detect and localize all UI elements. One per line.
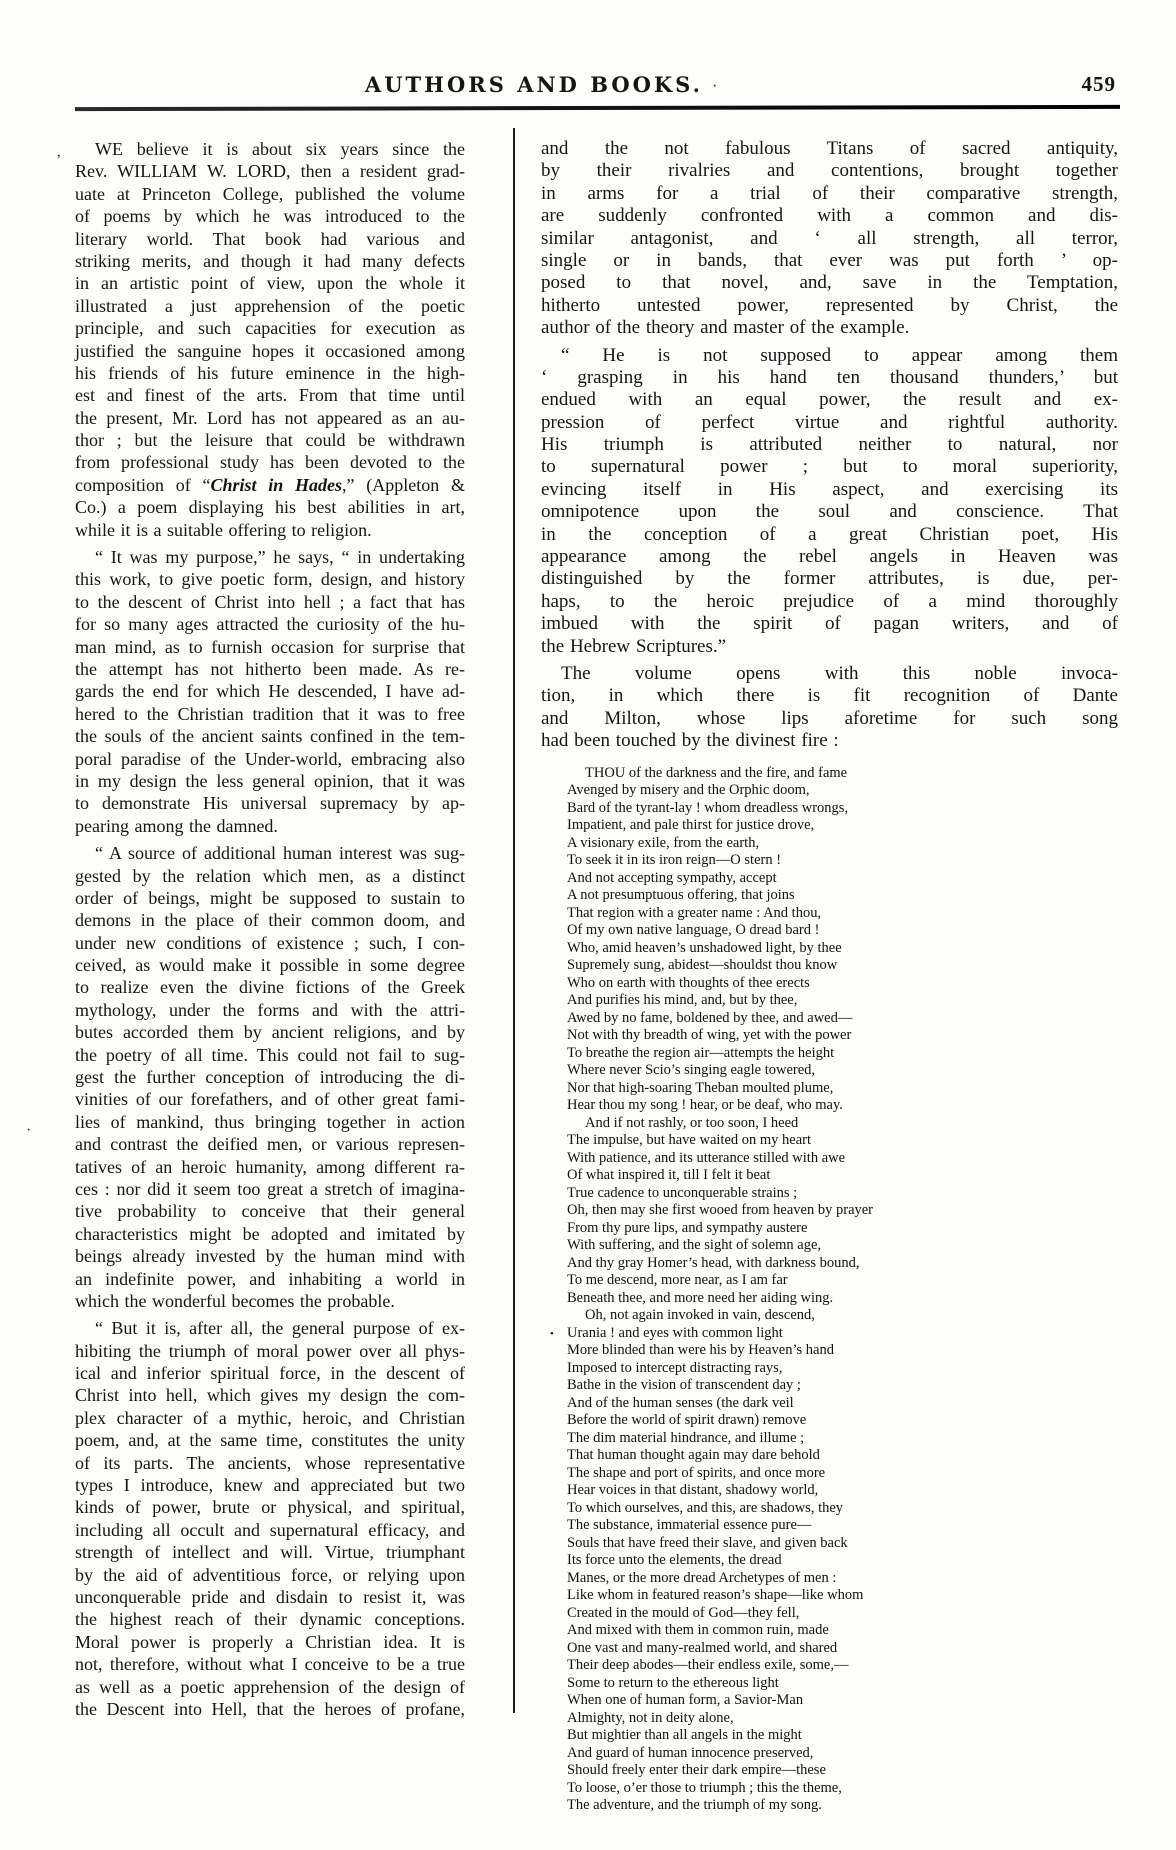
text-line: his friends of his future eminence in th… — [75, 362, 465, 384]
text-line: from professional study has been devoted… — [75, 451, 465, 473]
text-line: order of beings, might be supposed to su… — [75, 887, 465, 909]
poem-line: The impulse, but have waited on my heart — [567, 1132, 1118, 1150]
poem-line: Its force unto the elements, the dread — [567, 1552, 1118, 1570]
text-line: appearance among the rebel angels in Hea… — [541, 546, 1118, 568]
text-line: “ He is not supposed to appear among the… — [541, 345, 1118, 367]
poem-line: Some to return to the ethereous light — [567, 1675, 1118, 1693]
poem-line: And purifies his mind, and, but by thee, — [567, 992, 1118, 1010]
text-line: omnipotence upon the soul and conscience… — [541, 501, 1118, 523]
poem-line: Not with thy breadth of wing, yet with t… — [567, 1027, 1118, 1045]
text-line: characteristics might be adopted and imi… — [75, 1223, 465, 1245]
body-paragraph: “ It was my purpose,” he says, “ in unde… — [75, 546, 465, 837]
poem-line: Of what inspired it, till I felt it beat — [567, 1167, 1118, 1185]
text-line: of its parts. The ancients, whose repres… — [75, 1452, 465, 1474]
text-line: single or in bands, that ever was put fo… — [541, 250, 1118, 272]
poem-line: Imposed to intercept distracting rays, — [567, 1360, 1118, 1378]
text-line: an indefinite power, and inhabiting a wo… — [75, 1268, 465, 1290]
poem-line: Who on earth with thoughts of thee erect… — [567, 975, 1118, 993]
text-line: in an artistic point of view, upon the w… — [75, 272, 465, 294]
text-line: thor ; but the leisure that could be wit… — [75, 429, 465, 451]
poem-line: When one of human form, a Savior-Man — [567, 1692, 1118, 1710]
text-line: to demonstrate His universal supremacy b… — [75, 792, 465, 814]
header-rule — [75, 105, 1120, 111]
text-line: principle, and such capacities for execu… — [75, 317, 465, 339]
text-line: “ It was my purpose,” he says, “ in unde… — [75, 546, 465, 568]
text-line: ces : nor did it seem too great a stretc… — [75, 1178, 465, 1200]
body-paragraph: WE believe it is about six years since t… — [75, 138, 465, 541]
text-line: the souls of the ancient saints confined… — [75, 725, 465, 747]
poem-line: And mixed with them in common ruin, made — [567, 1622, 1118, 1640]
poem-line: THOU of the darkness and the fire, and f… — [567, 765, 1118, 783]
poem-line: A visionary exile, from the earth, — [567, 835, 1118, 853]
text-line: pression of perfect virtue and rightful … — [541, 412, 1118, 434]
poem-line: Urania ! and eyes with common light — [567, 1325, 1118, 1343]
poem-line: Their deep abodes—their endless exile, s… — [567, 1657, 1118, 1675]
text-line: types I introduce, knew and appreciated … — [75, 1474, 465, 1496]
text-line: strength of intellect and will. Virtue, … — [75, 1541, 465, 1563]
poem-line: True cadence to unconquerable strains ; — [567, 1185, 1118, 1203]
invocation-poem: THOU of the darkness and the fire, and f… — [567, 765, 1118, 1815]
poem-line: Avenged by misery and the Orphic doom, — [567, 782, 1118, 800]
page-title: AUTHORS AND BOOKS. — [365, 72, 703, 97]
body-paragraph: and the not fabulous Titans of sacred an… — [541, 138, 1118, 340]
poem-line: Awed by no fame, boldened by thee, and a… — [567, 1010, 1118, 1028]
text-line: Co.) a poem displaying his best abilitie… — [75, 496, 465, 518]
text-line: under new conditions of existence ; such… — [75, 932, 465, 954]
text-line: and the not fabulous Titans of sacred an… — [541, 138, 1118, 160]
poem-line: Should freely enter their dark empire—th… — [567, 1762, 1118, 1780]
text-line: hibiting the triumph of moral power over… — [75, 1340, 465, 1362]
text-line: similar antagonist, and ‘ all strength, … — [541, 228, 1118, 250]
text-line: tion, in which there is fit recognition … — [541, 685, 1118, 707]
page-header: AUTHORS AND BOOKS. · 459 — [75, 72, 1118, 106]
text-line: The volume opens with this noble invoca- — [541, 663, 1118, 685]
text-line: in my design the less general opinion, t… — [75, 770, 465, 792]
text-line: man mind, as to furnish occasion for sur… — [75, 636, 465, 658]
poem-line: And of the human senses (the dark veil — [567, 1395, 1118, 1413]
text-line: while it is a suitable offering to relig… — [75, 519, 465, 541]
poem-line: Where never Scio’s singing eagle towered… — [567, 1062, 1118, 1080]
poem-line: The substance, immaterial essence pure— — [567, 1517, 1118, 1535]
column-divider — [513, 128, 515, 1713]
poem-line: To breathe the region air—attempts the h… — [567, 1045, 1118, 1063]
poem-line: Like whom in featured reason’s shape—lik… — [567, 1587, 1118, 1605]
text-line: plex character of a mythic, heroic, and … — [75, 1407, 465, 1429]
text-line: had been touched by the divinest fire : — [541, 730, 1118, 752]
poem-line: One vast and many-realmed world, and sha… — [567, 1640, 1118, 1658]
text-line: distinguished by the former attributes, … — [541, 568, 1118, 590]
poem-line: The dim material hindrance, and illume ; — [567, 1430, 1118, 1448]
text-line: ical and inferior spiritual force, in th… — [75, 1362, 465, 1384]
poem-line: A not presumptuous offering, that joins — [567, 887, 1118, 905]
text-line: the poetry of all time. This could not f… — [75, 1044, 465, 1066]
poem-line: Impatient, and pale thirst for justice d… — [567, 817, 1118, 835]
text-line: by their rivalries and contentions, brou… — [541, 160, 1118, 182]
text-line: imbued with the spirit of pagan writers,… — [541, 613, 1118, 635]
text-line: ‘ grasping in his hand ten thousand thun… — [541, 367, 1118, 389]
scan-artifact: ’ — [56, 152, 61, 170]
poem-line: To seek it in its iron reign—O stern ! — [567, 852, 1118, 870]
text-line: not, therefore, without what I conceive … — [75, 1653, 465, 1675]
poem-line: Of my own native language, O dread bard … — [567, 922, 1118, 940]
text-line: uate at Princeton College, published the… — [75, 183, 465, 205]
text-line: tive probability to conceive that their … — [75, 1200, 465, 1222]
text-line: in the conception of a great Christian p… — [541, 524, 1118, 546]
text-line: for so many ages attracted the curiosity… — [75, 613, 465, 635]
poem-line: Hear thou my song ! hear, or be deaf, wh… — [567, 1097, 1118, 1115]
text-line: to the descent of Christ into hell ; a f… — [75, 591, 465, 613]
text-line: to supernatural power ; but to moral sup… — [541, 456, 1118, 478]
text-line: mythology, under the forms and with the … — [75, 999, 465, 1021]
poem-line: To me descend, more near, as I am far — [567, 1272, 1118, 1290]
text-line: evincing itself in His aspect, and exerc… — [541, 479, 1118, 501]
text-line: which the wonderful becomes the probable… — [75, 1290, 465, 1312]
poem-line: Who, amid heaven’s unshadowed light, by … — [567, 940, 1118, 958]
text-line: His triumph is attributed neither to nat… — [541, 434, 1118, 456]
body-paragraph: The volume opens with this noble invoca-… — [541, 663, 1118, 753]
text-line: to realize even the divine fictions of t… — [75, 976, 465, 998]
text-line: as well as a poetic apprehension of the … — [75, 1676, 465, 1698]
poem-line: With suffering, and the sight of solemn … — [567, 1237, 1118, 1255]
text-line: illustrated a just apprehension of the p… — [75, 295, 465, 317]
text-line: “ A source of additional human interest … — [75, 842, 465, 864]
poem-line: That human thought again may dare behold — [567, 1447, 1118, 1465]
text-line: unconquerable pride and disdain to resis… — [75, 1586, 465, 1608]
text-line: beings already invested by the human min… — [75, 1245, 465, 1267]
scanned-book-page: AUTHORS AND BOOKS. · 459 WE believe it i… — [0, 0, 1176, 1850]
text-line: and Milton, whose lips aforetime for suc… — [541, 708, 1118, 730]
text-line: including all occult and supernatural ef… — [75, 1519, 465, 1541]
poem-line: Bathe in the vision of transcendent day … — [567, 1377, 1118, 1395]
poem-line: The adventure, and the triumph of my son… — [567, 1797, 1118, 1815]
text-line: endued with an equal power, the result a… — [541, 389, 1118, 411]
text-line: est and finest of the arts. From that ti… — [75, 384, 465, 406]
text-line: tatives of an heroic humanity, among dif… — [75, 1156, 465, 1178]
text-line: justified the sanguine hopes it occasion… — [75, 340, 465, 362]
poem-line: And guard of human innocence preserved, — [567, 1745, 1118, 1763]
text-line: “ But it is, after all, the general purp… — [75, 1317, 465, 1339]
text-line: hitherto untested power, represented by … — [541, 295, 1118, 317]
right-column: and the not fabulous Titans of sacred an… — [541, 126, 1118, 1815]
body-paragraph: “ He is not supposed to appear among the… — [541, 345, 1118, 658]
text-line: of poems by which he was introduced to t… — [75, 205, 465, 227]
poem-line: The shape and port of spirits, and once … — [567, 1465, 1118, 1483]
poem-line: Beneath thee, and more need her aiding w… — [567, 1290, 1118, 1308]
text-line: the Hebrew Scriptures.” — [541, 636, 1118, 658]
text-line: kinds of power, brute or physical, and s… — [75, 1496, 465, 1518]
text-segment: composition of “ — [75, 475, 210, 495]
poem-line: Oh, then may she first wooed from heaven… — [567, 1202, 1118, 1220]
body-paragraph: “ A source of additional human interest … — [75, 842, 465, 1312]
left-column: WE believe it is about six years since t… — [75, 126, 465, 1815]
poem-line: That region with a greater name : And th… — [567, 905, 1118, 923]
text-line: the highest reach of their dynamic conce… — [75, 1608, 465, 1630]
poem-line: And not accepting sympathy, accept — [567, 870, 1118, 888]
text-line: composition of “Christ in Hades,” (Apple… — [75, 474, 465, 496]
text-line: in arms for a trial of their comparative… — [541, 183, 1118, 205]
text-line: Rev. WILLIAM W. LORD, then a resident gr… — [75, 160, 465, 182]
text-line: by the aid of adventitious force, or rel… — [75, 1564, 465, 1586]
text-line: Christ into hell, which gives my design … — [75, 1384, 465, 1406]
text-line: striking merits, and though it had many … — [75, 250, 465, 272]
text-line: posed to that novel, and, save in the Te… — [541, 272, 1118, 294]
poem-line: Created in the mould of God—they fell, — [567, 1605, 1118, 1623]
text-line: literary world. That book had various an… — [75, 228, 465, 250]
poem-line: Before the world of spirit drawn) remove — [567, 1412, 1118, 1430]
body-paragraph: “ But it is, after all, the general purp… — [75, 1317, 465, 1720]
text-line: the Descent into Hell, that the heroes o… — [75, 1698, 465, 1720]
text-line: the attempt has not hitherto been made. … — [75, 658, 465, 680]
text-line: haps, to the heroic prejudice of a mind … — [541, 591, 1118, 613]
poem-line: Nor that high-soaring Theban moulted plu… — [567, 1080, 1118, 1098]
page-body: WE believe it is about six years since t… — [75, 126, 1118, 1815]
poem-line: To loose, o’er those to triumph ; this t… — [567, 1780, 1118, 1798]
text-line: gested by the relation which men, as a d… — [75, 865, 465, 887]
text-line: are suddenly confronted with a common an… — [541, 205, 1118, 227]
text-line: lies of mankind, thus bringing together … — [75, 1111, 465, 1133]
poem-line: To which ourselves, and this, are shadow… — [567, 1500, 1118, 1518]
text-line: the present, Mr. Lord has not appeared a… — [75, 407, 465, 429]
text-line: and contrast the deified men, or various… — [75, 1133, 465, 1155]
text-line: WE believe it is about six years since t… — [75, 138, 465, 160]
page-number: 459 — [1082, 72, 1117, 97]
italic-book-title: Christ in Hades — [210, 475, 342, 495]
text-line: hered to the Christian tradition that it… — [75, 703, 465, 725]
text-line: pearing among the damned. — [75, 815, 465, 837]
poem-line: Supremely sung, abidest—shouldst thou kn… — [567, 957, 1118, 975]
text-segment: ,” (Appleton & — [342, 475, 465, 495]
text-line: butes accorded them by ancient religions… — [75, 1021, 465, 1043]
header-dot-artifact: · — [712, 78, 717, 96]
poem-line: Manes, or the more dread Archetypes of m… — [567, 1570, 1118, 1588]
poem-line: Bard of the tyrant-lay ! whom dreadless … — [567, 800, 1118, 818]
poem-line: With patience, and its utterance stilled… — [567, 1150, 1118, 1168]
text-line: gest the further conception of introduci… — [75, 1066, 465, 1088]
poem-line: Almighty, not in deity alone, — [567, 1710, 1118, 1728]
text-line: poem, and, at the same time, constitutes… — [75, 1429, 465, 1451]
text-line: this work, to give poetic form, design, … — [75, 568, 465, 590]
poem-line: More blinded than were his by Heaven’s h… — [567, 1342, 1118, 1360]
text-line: author of the theory and master of the e… — [541, 317, 1118, 339]
text-line: gards the end for which He descended, I … — [75, 680, 465, 702]
poem-line: But mightier than all angels in the migh… — [567, 1727, 1118, 1745]
poem-line: And thy gray Homer’s head, with darkness… — [567, 1255, 1118, 1273]
text-line: Moral power is properly a Christian idea… — [75, 1631, 465, 1653]
text-line: demons in the place of their common doom… — [75, 909, 465, 931]
poem-line: Oh, not again invoked in vain, descend, — [567, 1307, 1118, 1325]
poem-line: Souls that have freed their slave, and g… — [567, 1535, 1118, 1553]
text-line: vinities of our forefathers, and of othe… — [75, 1088, 465, 1110]
poem-line: Hear voices in that distant, shadowy wor… — [567, 1482, 1118, 1500]
poem-line: And if not rashly, or too soon, I heed — [567, 1115, 1118, 1133]
poem-line: From thy pure lips, and sympathy austere — [567, 1220, 1118, 1238]
text-line: ceived, as would make it possible in som… — [75, 954, 465, 976]
text-line: poral paradise of the Under-world, embra… — [75, 748, 465, 770]
scan-artifact: · — [26, 1122, 31, 1140]
